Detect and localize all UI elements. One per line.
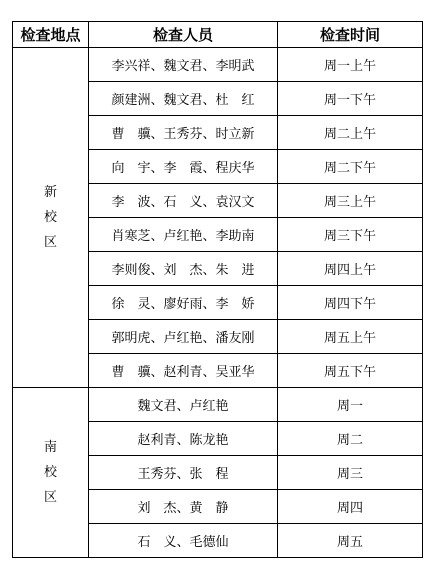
inspectors-cell: 李兴祥、魏文君、李明武 [89, 48, 278, 82]
inspectors-cell: 向 宇、李 霞、程庆华 [89, 150, 278, 184]
time-cell: 周二 [278, 422, 423, 456]
location-char: 校 [13, 205, 88, 230]
inspectors-cell: 王秀芬、张 程 [89, 456, 278, 490]
header-location: 检查地点 [13, 22, 89, 48]
time-cell: 周五 [278, 524, 423, 558]
location-char: 校 [13, 460, 88, 485]
inspectors-cell: 郭明虎、卢红艳、潘友刚 [89, 320, 278, 354]
location-south-campus: 南 校 区 [13, 388, 89, 558]
inspectors-cell: 颜建洲、魏文君、杜 红 [89, 82, 278, 116]
time-cell: 周五下午 [278, 354, 423, 388]
time-cell: 周二上午 [278, 116, 423, 150]
time-cell: 周四上午 [278, 252, 423, 286]
header-row: 检查地点 检查人员 检查时间 [13, 22, 423, 48]
location-char: 南 [13, 435, 88, 460]
inspectors-cell: 曹 骥、赵利青、吴亚华 [89, 354, 278, 388]
time-cell: 周五上午 [278, 320, 423, 354]
time-cell: 周四 [278, 490, 423, 524]
time-cell: 周一上午 [278, 48, 423, 82]
location-char: 区 [13, 485, 88, 510]
location-char: 区 [13, 230, 88, 255]
table-row: 新 校 区 李兴祥、魏文君、李明武 周一上午 [13, 48, 423, 82]
header-inspectors: 检查人员 [89, 22, 278, 48]
time-cell: 周四下午 [278, 286, 423, 320]
time-cell: 周三 [278, 456, 423, 490]
inspectors-cell: 曹 骥、王秀芬、时立新 [89, 116, 278, 150]
location-char: 新 [13, 180, 88, 205]
location-new-campus: 新 校 区 [13, 48, 89, 388]
inspectors-cell: 魏文君、卢红艳 [89, 388, 278, 422]
inspectors-cell: 肖寒芝、卢红艳、李助南 [89, 218, 278, 252]
inspection-schedule-table: 检查地点 检查人员 检查时间 新 校 区 李兴祥、魏文君、李明武 周一上午 颜建… [12, 21, 423, 558]
time-cell: 周二下午 [278, 150, 423, 184]
time-cell: 周一 [278, 388, 423, 422]
time-cell: 周三上午 [278, 184, 423, 218]
header-time: 检查时间 [278, 22, 423, 48]
inspectors-cell: 徐 灵、廖好雨、李 娇 [89, 286, 278, 320]
time-cell: 周一下午 [278, 82, 423, 116]
table-row: 南 校 区 魏文君、卢红艳 周一 [13, 388, 423, 422]
time-cell: 周三下午 [278, 218, 423, 252]
inspectors-cell: 刘 杰、黄 静 [89, 490, 278, 524]
inspectors-cell: 赵利青、陈龙艳 [89, 422, 278, 456]
inspectors-cell: 李 波、石 义、袁汉文 [89, 184, 278, 218]
inspectors-cell: 石 义、毛德仙 [89, 524, 278, 558]
inspectors-cell: 李则俊、刘 杰、朱 进 [89, 252, 278, 286]
